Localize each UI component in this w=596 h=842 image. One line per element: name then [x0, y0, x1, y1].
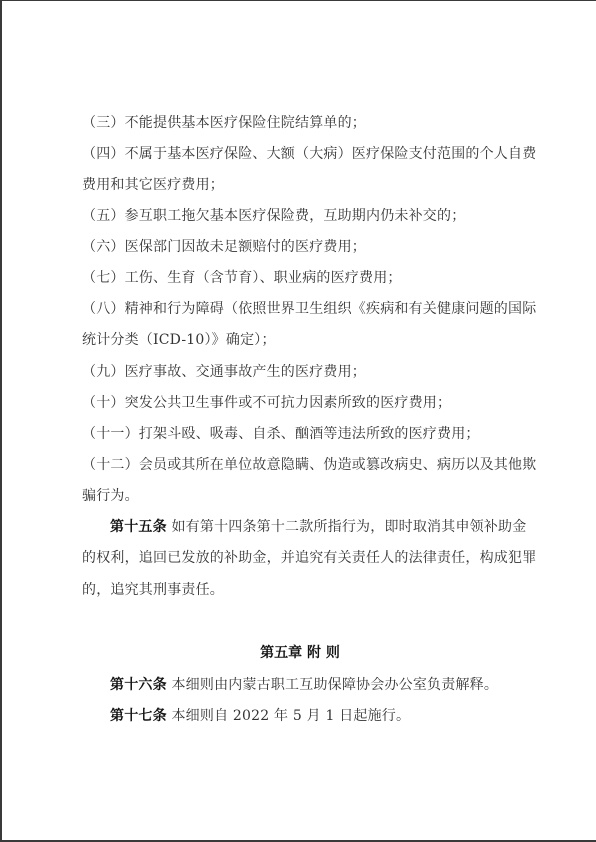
article-15-label: 第十五条 [110, 519, 167, 535]
article-15-text: 如有第十四条第十二款所指行为，即时取消其申领补助金 [167, 519, 527, 535]
list-item: （六）医保部门因故未足额赔付的医疗费用； [82, 238, 527, 256]
chapter-heading: 第五章 附 则 [2, 644, 596, 662]
article-15-line2: 的权利，追回已发放的补助金，并追究有关责任人的法律责任，构成犯罪 [82, 549, 527, 567]
list-item: （十二）会员或其所在单位故意隐瞒、伪造或篡改病史、病历以及其他欺 [82, 456, 527, 474]
list-item-continuation: 骗行为。 [82, 487, 527, 505]
list-item: （十）突发公共卫生事件或不可抗力因素所致的医疗费用； [82, 394, 527, 412]
article-17: 第十七条 本细则自 2022 年 5 月 1 日起施行。 [110, 707, 555, 725]
article-16-label: 第十六条 [110, 677, 167, 693]
list-item: （九）医疗事故、交通事故产生的医疗费用； [82, 363, 527, 381]
list-item: （五）参互职工拖欠基本医疗保险费，互助期内仍未补交的； [82, 207, 527, 225]
article-17-text: 本细则自 2022 年 5 月 1 日起施行。 [167, 708, 410, 724]
list-item-continuation: 费用和其它医疗费用； [82, 176, 527, 194]
list-item-continuation: 统计分类（ICD-10）》确定）； [82, 331, 527, 349]
article-16-text: 本细则由内蒙古职工互助保障协会办公室负责解释。 [167, 677, 498, 693]
list-item: （八）精神和行为障碍（依照世界卫生组织《疾病和有关健康问题的国际 [82, 300, 527, 318]
article-15-line1: 第十五条 如有第十四条第十二款所指行为，即时取消其申领补助金 [110, 518, 555, 536]
list-item: （七）工伤、生育（含节育）、职业病的医疗费用； [82, 269, 527, 287]
document-page: （三）不能提供基本医疗保险住院结算单的； （四）不属于基本医疗保险、大额（大病）… [0, 0, 596, 842]
list-item: （三）不能提供基本医疗保险住院结算单的； [82, 114, 527, 132]
list-item: （四）不属于基本医疗保险、大额（大病）医疗保险支付范围的个人自费 [82, 145, 527, 163]
article-15-line3: 的，追究其刑事责任。 [82, 581, 527, 599]
article-17-label: 第十七条 [110, 708, 167, 724]
list-item: （十一）打架斗殴、吸毒、自杀、酗酒等违法所致的医疗费用； [82, 425, 527, 443]
article-16: 第十六条 本细则由内蒙古职工互助保障协会办公室负责解释。 [110, 676, 555, 694]
